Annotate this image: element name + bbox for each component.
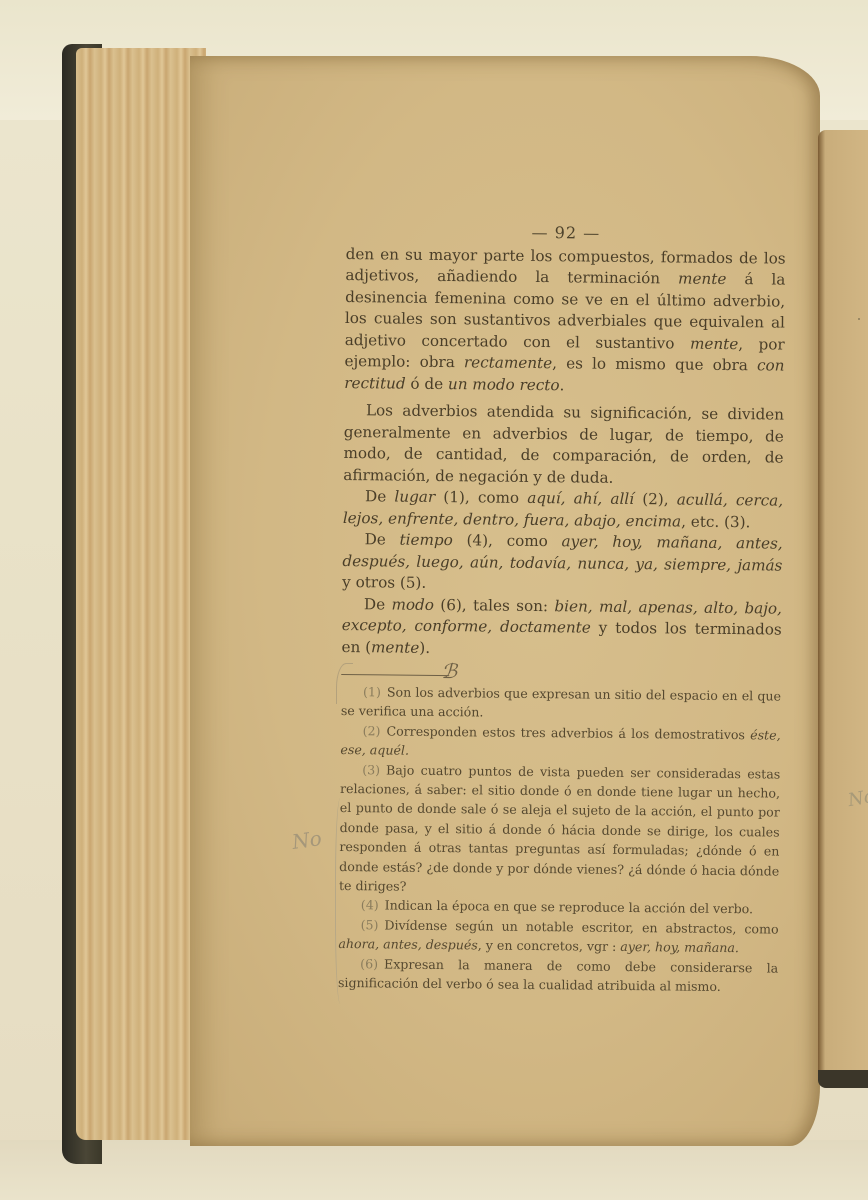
italic-term: lugar [394, 488, 435, 506]
separator-rule [341, 674, 449, 676]
paragraph-modo: De modo (6), tales son: bien, mal, apena… [341, 593, 782, 662]
italic-term: mente [690, 334, 738, 353]
italic-term: aquí, ahí, allí [527, 489, 634, 508]
book-page-edges [76, 48, 206, 1140]
footnote-5: (5)Divídense según un notable escritor, … [338, 915, 778, 958]
italic-term: rectamente [464, 353, 552, 372]
background-surface-bottom [0, 1140, 868, 1200]
italic-term: tiempo [399, 531, 452, 550]
footnote-2: (2)Corresponden estos tres adverbios á l… [340, 721, 780, 764]
footnote-6: (6)Expresan la manera de como debe consi… [338, 954, 778, 997]
page-text: — 92 — den en su mayor parte los compues… [338, 220, 786, 997]
facing-page-edge [818, 130, 868, 1080]
margin-note-left: No [290, 826, 323, 854]
footnote-3: (3)Bajo cuatro puntos de vista pueden se… [339, 760, 780, 900]
italic-term: modo [391, 595, 434, 613]
facing-cover-edge [818, 1070, 868, 1088]
page-number: — 92 — [346, 220, 786, 246]
footnotes: (1)Son los adverbios que expresan un sit… [338, 682, 781, 997]
italic-term: mente [678, 269, 726, 288]
italic-term: mente [371, 638, 419, 657]
ink-flourish: ℬ [441, 661, 457, 683]
paragraph-tiempo: De tiempo (4), como ayer, hoy, mañana, a… [342, 529, 783, 598]
paragraph-lugar: De lugar (1), como aquí, ahí, allí (2), … [343, 486, 783, 534]
footnote-1: (1)Son los adverbios que expresan un sit… [341, 682, 781, 725]
margin-note-right: No [846, 786, 868, 811]
italic-term: un modo recto [448, 375, 560, 394]
paragraph-1: den en su mayor parte los compuestos, fo… [344, 243, 786, 398]
paper-speck [858, 318, 860, 320]
paragraph-2: Los adverbios atendida su significación,… [343, 400, 784, 491]
